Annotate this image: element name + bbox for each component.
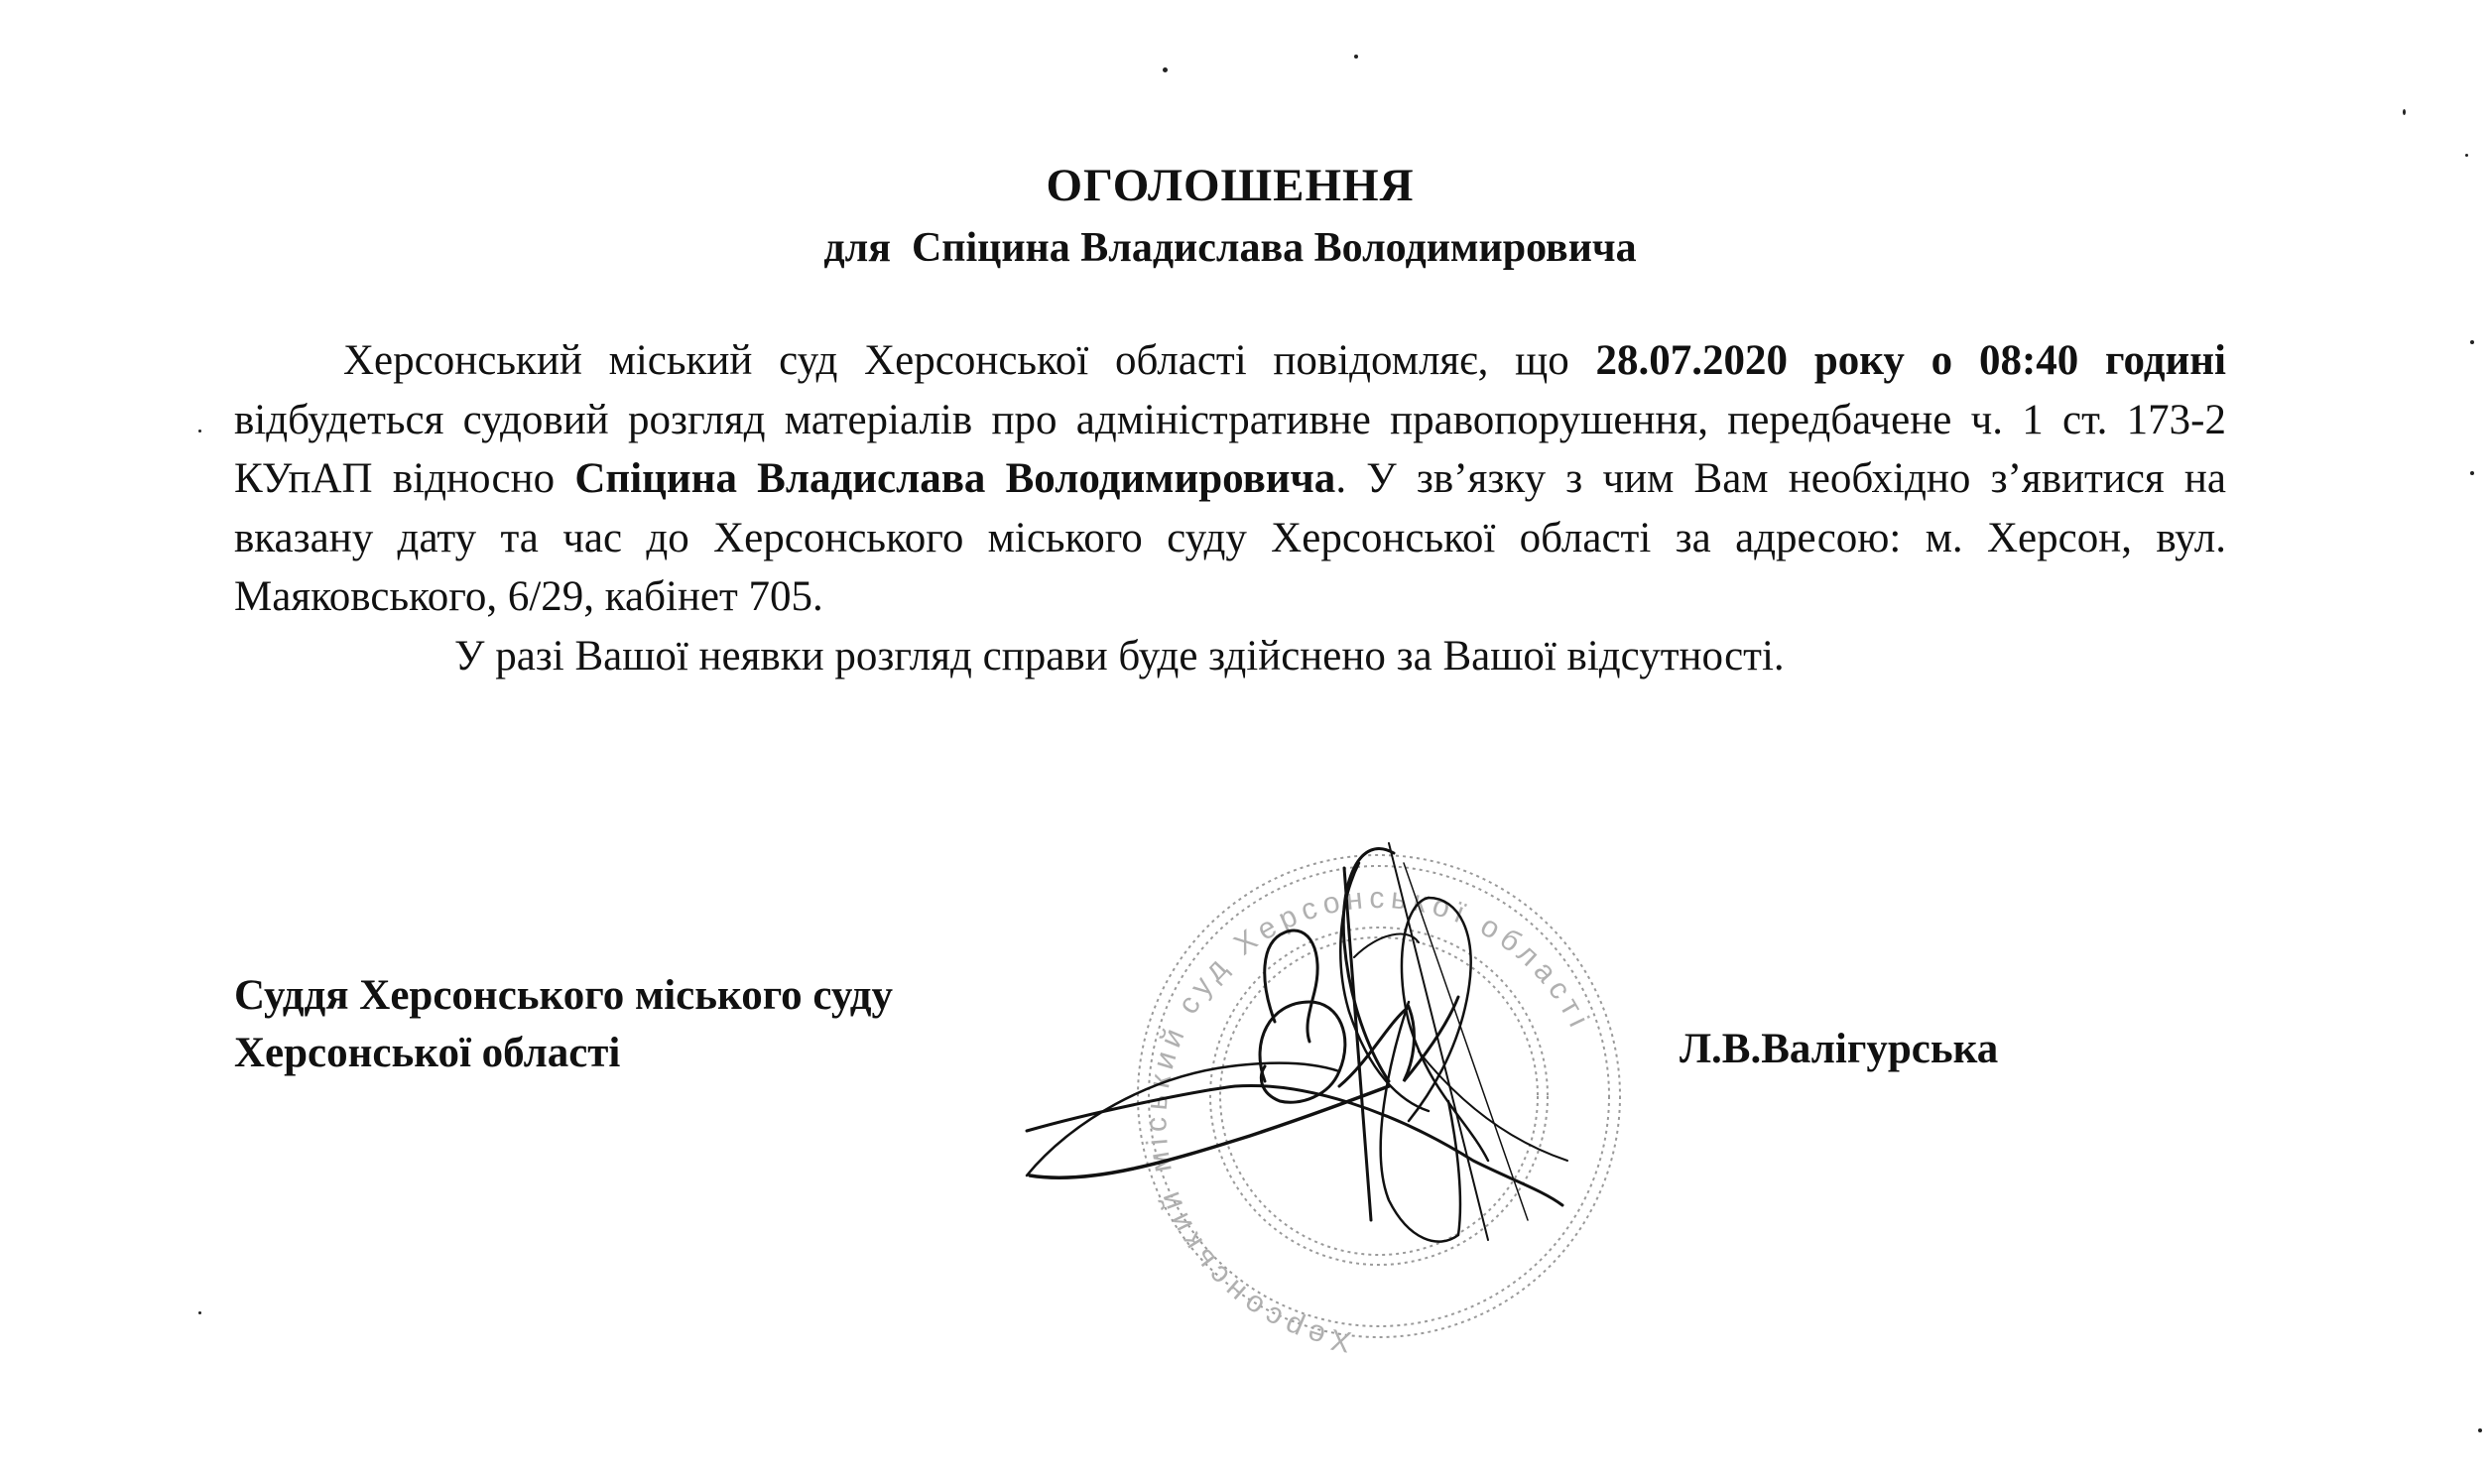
- scan-speck: [1163, 67, 1168, 72]
- judge-position-line1: Суддя Херсонського міського суду: [234, 967, 893, 1025]
- scan-speck: [1354, 55, 1358, 59]
- scan-speck: [2478, 1428, 2482, 1432]
- document-subheading: для Спіцина Владислава Володимировича: [0, 224, 2460, 272]
- judge-name: Л.В.Валігурська: [1680, 1025, 1998, 1073]
- person-name: Спіцина Владислава Володимировича: [574, 455, 1335, 502]
- document-page: ОГОЛОШЕННЯ для Спіцина Владислава Володи…: [0, 0, 2491, 1484]
- scan-speck: [2465, 154, 2468, 157]
- court-stamp-and-signature: Херсонський міський суд Херсонської обла…: [1012, 823, 1647, 1379]
- notice-paragraph-main: Херсонський міський суд Херсонської обла…: [234, 331, 2226, 627]
- document-heading: ОГОЛОШЕННЯ: [0, 159, 2460, 212]
- scan-speck: [198, 430, 201, 433]
- notice-body: Херсонський міський суд Херсонської обла…: [234, 331, 2226, 685]
- paragraph-text: Херсонський міський суд Херсонської обла…: [343, 337, 1596, 384]
- scan-speck: [198, 1311, 201, 1314]
- judge-position-line2: Херсонської області: [234, 1025, 893, 1082]
- stamp-seal-icon: [1138, 855, 1620, 1337]
- stamp-ring-text: Херсонський міський суд Херсонської обла…: [1140, 882, 1597, 1358]
- scan-speck: [2470, 340, 2474, 344]
- notice-paragraph-absence: У разі Вашої неявки розгляд справи буде …: [234, 627, 2226, 686]
- hearing-date-time: 28.07.2020 року о 08:40 годині: [1596, 337, 2226, 384]
- scan-speck: [2470, 471, 2474, 475]
- scan-speck: [2403, 109, 2406, 115]
- signature-icon: [1027, 843, 1567, 1242]
- judge-position: Суддя Херсонського міського суду Херсонс…: [234, 967, 893, 1082]
